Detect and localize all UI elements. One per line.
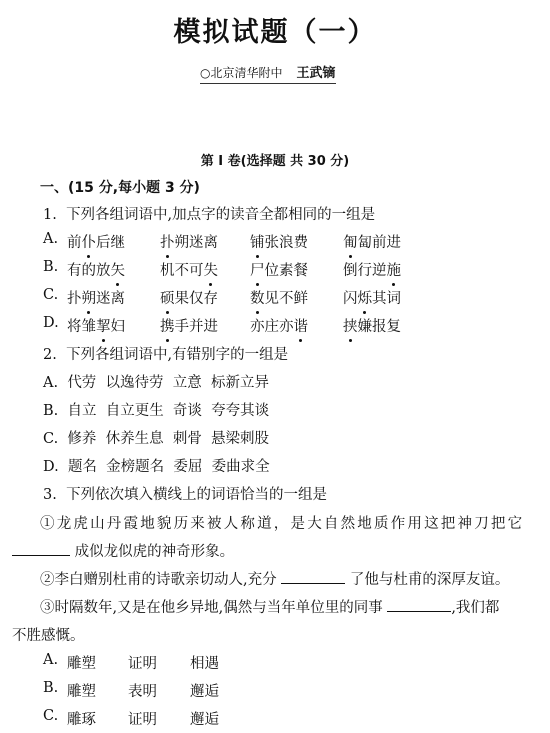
option-phrase: 携手并进 <box>160 315 218 336</box>
option-label: B. <box>43 403 58 419</box>
sentence-text: ③时隔数年,又是在他乡异地,偶然与当年单位里的同事 <box>40 600 383 616</box>
fill-blank-3[interactable] <box>387 599 451 612</box>
phrase-text: 位素餐 <box>265 263 309 279</box>
option-label: A. <box>43 652 58 668</box>
fill-blank-2[interactable] <box>281 571 345 584</box>
question-text: 下列各组词语中,加点字的读音全都相同的一组是 <box>66 207 375 223</box>
phrase-text: 机不可 <box>160 263 204 279</box>
dotted-character: 挈 <box>96 315 111 336</box>
dotted-character: 谐 <box>294 315 309 336</box>
option-phrase: 机不可失 <box>160 259 218 280</box>
question-2-option-b: B. 自立 自立更生 奇谈 夸夸其谈 <box>43 399 269 420</box>
sentence-2: ②李白赠别杜甫的诗歌亲切动人,充分 了他与杜甫的深厚友谊。 <box>40 568 509 589</box>
option-label: C. <box>43 287 58 303</box>
byline-author: 王武镝 <box>296 66 335 81</box>
option-phrase: 铺张浪费 <box>250 231 308 252</box>
sentence-3-line-1: ③时隔数年,又是在他乡异地,偶然与当年单位里的同事 ,我们都 <box>40 596 499 617</box>
option-phrase: 扑朔迷离 <box>67 287 125 308</box>
question-2-option-c: C. 修养 休养生息 刺骨 悬梁刺股 <box>43 427 269 448</box>
phrase-text: 匐前进 <box>358 235 402 251</box>
byline: ○北京清华附中王武镝 <box>200 62 336 84</box>
option-label: B. <box>43 259 58 275</box>
option-label: A. <box>43 231 58 247</box>
fill-blank-1[interactable] <box>12 543 70 556</box>
phrase-text: 亦庄亦 <box>250 319 294 335</box>
dotted-character: 匍 <box>343 231 358 252</box>
phrase-text: 前 <box>67 235 82 251</box>
sentence-text: ,我们都 <box>451 600 499 616</box>
option-word: 邂逅 <box>190 708 219 729</box>
byline-school: ○北京清华附中 <box>200 66 282 80</box>
sentence-1-line-1: ①龙虎山丹霞地貌历来被人称道，是大自然地质作用这把神刀把它 <box>40 512 524 533</box>
phrase-text: 倒行逆 <box>343 263 387 279</box>
phrase-text: 后继 <box>96 235 125 251</box>
dotted-character: 失 <box>204 259 219 280</box>
question-2-option-a: A. 代劳 以逸待劳 立意 标新立异 <box>43 371 269 392</box>
dotted-character: 数 <box>250 287 265 308</box>
option-label: B. <box>43 680 58 696</box>
dotted-character: 朔 <box>82 287 97 308</box>
option-text: 题名 金榜题名 委屈 委曲求全 <box>68 459 270 475</box>
question-2-option-d: D. 题名 金榜题名 委屈 委曲求全 <box>43 455 270 476</box>
option-phrase: 硕果仅存 <box>160 287 218 308</box>
sentence-text: ②李白赠别杜甫的诗歌亲切动人,充分 <box>40 572 277 588</box>
dotted-character: 挟 <box>343 315 358 336</box>
option-phrase: 前仆后继 <box>67 231 125 252</box>
phrase-text: 闪 <box>343 291 358 307</box>
option-phrase: 数见不鲜 <box>250 287 308 308</box>
option-phrase: 亦庄亦谐 <box>250 315 308 336</box>
section-heading: 一、(15 分,每小题 3 分) <box>40 177 200 197</box>
option-label: C. <box>43 708 58 724</box>
question-text: 下列各组词语中,有错别字的一组是 <box>66 347 288 363</box>
option-label: D. <box>43 315 59 331</box>
option-word: 雕琢 <box>67 708 96 729</box>
option-word: 相遇 <box>190 652 219 673</box>
option-phrase: 挟嫌报复 <box>343 315 401 336</box>
phrase-text: 嫌报复 <box>358 319 402 335</box>
dotted-character: 铺 <box>250 231 265 252</box>
option-label: A. <box>43 375 58 391</box>
phrase-text: 将雏 <box>67 319 96 335</box>
sentence-text: 了他与杜甫的深厚友谊。 <box>350 572 510 588</box>
question-2-stem: 2. 下列各组词语中,有错别字的一组是 <box>43 343 288 364</box>
dotted-character: 扑 <box>160 231 175 252</box>
phrase-text: 果仅存 <box>175 291 219 307</box>
option-phrase: 尸位素餐 <box>250 259 308 280</box>
option-text: 修养 休养生息 刺骨 悬梁刺股 <box>67 431 269 447</box>
phrase-text: 有的放 <box>67 263 111 279</box>
phrase-text: 张浪费 <box>265 235 309 251</box>
part-heading: 第 I 卷(选择题 共 30 分) <box>0 150 550 169</box>
option-word: 邂逅 <box>190 680 219 701</box>
option-phrase: 匍匐前进 <box>343 231 401 252</box>
sentence-3-line-2: 不胜感慨。 <box>12 624 85 645</box>
sentence-1-line-2: 成似龙似虎的神奇形象。 <box>12 540 234 561</box>
phrase-text: 朔迷离 <box>175 235 219 251</box>
phrase-text: 妇 <box>111 319 126 335</box>
option-phrase: 倒行逆施 <box>343 259 401 280</box>
question-text: 下列依次填入横线上的词语恰当的一组是 <box>66 487 327 503</box>
option-text: 自立 自立更生 奇谈 夸夸其谈 <box>67 403 269 419</box>
option-text: 代劳 以逸待劳 立意 标新立异 <box>67 375 269 391</box>
dotted-character: 烁 <box>358 287 373 308</box>
phrase-text: 其词 <box>372 291 401 307</box>
option-phrase: 扑朔迷离 <box>160 231 218 252</box>
option-phrase: 闪烁其词 <box>343 287 401 308</box>
option-phrase: 将雏挈妇 <box>67 315 125 336</box>
phrase-text: 扑 <box>67 291 82 307</box>
dotted-character: 仆 <box>82 231 97 252</box>
dotted-character: 硕 <box>160 287 175 308</box>
sentence-text: 成似龙似虎的神奇形象。 <box>75 544 235 560</box>
question-number: 3. <box>43 487 57 503</box>
dotted-character: 施 <box>387 259 402 280</box>
page-title: 模拟试题（一） <box>0 10 550 49</box>
phrase-text: 见不鲜 <box>265 291 309 307</box>
option-word: 证明 <box>128 708 157 729</box>
option-word: 证明 <box>128 652 157 673</box>
phrase-text: 迷离 <box>96 291 125 307</box>
option-label: D. <box>43 459 59 475</box>
option-phrase: 有的放矢 <box>67 259 125 280</box>
option-word: 雕塑 <box>67 680 96 701</box>
option-word: 表明 <box>128 680 157 701</box>
question-number: 1. <box>43 207 57 223</box>
option-label: C. <box>43 431 58 447</box>
option-word: 雕塑 <box>67 652 96 673</box>
phrase-text: 手并进 <box>175 319 219 335</box>
dotted-character: 矢 <box>111 259 126 280</box>
dotted-character: 尸 <box>250 259 265 280</box>
question-1-stem: 1. 下列各组词语中,加点字的读音全都相同的一组是 <box>43 203 375 224</box>
question-3-stem: 3. 下列依次填入横线上的词语恰当的一组是 <box>43 483 327 504</box>
question-number: 2. <box>43 347 57 363</box>
dotted-character: 携 <box>160 315 175 336</box>
